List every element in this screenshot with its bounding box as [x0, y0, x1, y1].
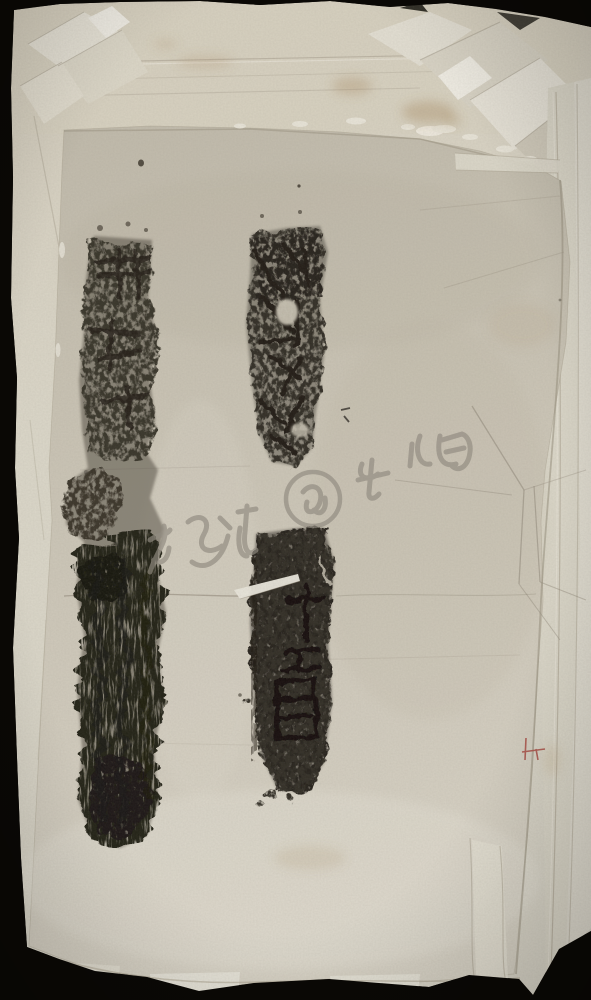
paper-grain: [8, 0, 591, 1000]
folio-scene: [0, 0, 591, 1000]
photograph: Photograph of an archival Chinese ink-ru…: [0, 0, 591, 1000]
